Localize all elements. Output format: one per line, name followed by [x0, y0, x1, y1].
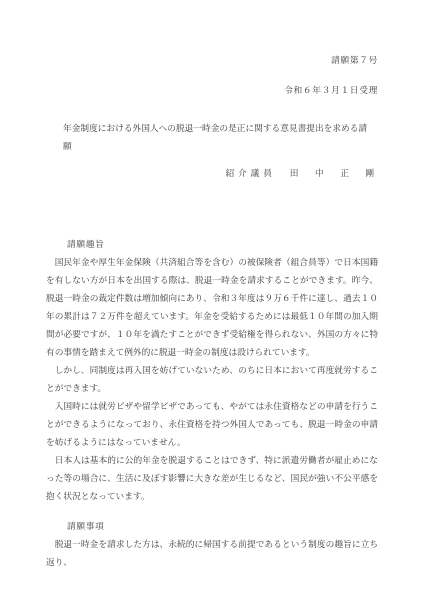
- petition-document-page: 請願第７号 令和６年３月１日受理 年金制度における外国人への脱退一時金の是正に関…: [0, 0, 424, 600]
- paragraph: 脱退一時金を請求した方は、永続的に帰国する前提であるという制度の趣旨に立ち返り、: [46, 536, 378, 572]
- paragraph: 日本人は基本的に公的年金を脱退することはできず、特に派遣労働者が雇止めになった等…: [46, 452, 378, 506]
- section-heading-jiko: 請願事項: [46, 518, 378, 536]
- section-jiko: 請願事項 脱退一時金を請求した方は、永続的に帰国する前提であるという制度の趣旨に…: [46, 518, 378, 572]
- received-date: 令和６年３月１日受理: [46, 82, 378, 100]
- paragraph: しかし、同制度は再入国を妨げていないため、のちに日本において再度就労することがで…: [46, 362, 378, 398]
- introducer-line: 紹介議員田 中 正 剛: [46, 165, 378, 183]
- petition-title: 年金制度における外国人への脱退一時金の是正に関する意見書提出を求める請願: [63, 120, 373, 156]
- doc-number: 請願第７号: [46, 52, 378, 70]
- section-shushi: 請願趣旨 国民年金や厚生年金保険（共済組合等を含む）の被保険者（組合員等）で日本…: [46, 236, 378, 506]
- paragraph: 国民年金や厚生年金保険（共済組合等を含む）の被保険者（組合員等）で日本国籍を有し…: [46, 254, 378, 362]
- paragraph: 入国時には就労ビザや留学ビザであっても、やがては永住資格などの申請を行うことがで…: [46, 398, 378, 452]
- section-heading-shushi: 請願趣旨: [46, 236, 378, 254]
- section-spacer: [46, 506, 378, 518]
- introducer-name: 田 中 正 剛: [290, 169, 378, 179]
- introducer-label: 紹介議員: [225, 169, 275, 179]
